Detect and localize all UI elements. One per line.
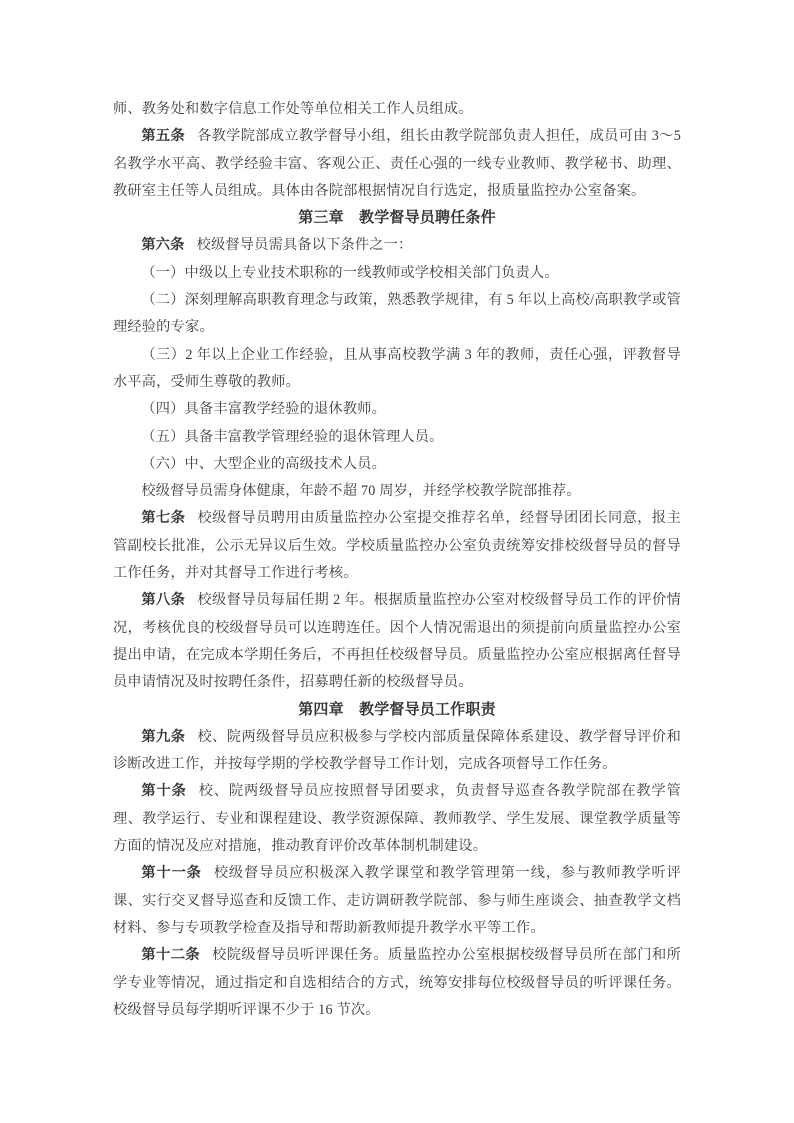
body-paragraph: （三）2 年以上企业工作经验，且从事高校教学满 3 年的教师，责任心强，评教督导…	[113, 342, 681, 397]
article-paragraph: 第六条校级督导员需具备以下条件之一：	[113, 232, 681, 259]
article-text: 校、院两级督导员应按照督导团要求，负责督导巡查各教学院部在教学管理、教学运行、专…	[113, 783, 681, 854]
body-paragraph: （一）中级以上专业技术职称的一线教师或学校相关部门负责人。	[113, 260, 681, 287]
article-number: 第十一条	[141, 865, 201, 881]
article-paragraph: 第五条各教学院部成立教学督导小组，组长由教学院部负责人担任，成员可由 3～5 名…	[113, 123, 681, 205]
article-number: 第七条	[141, 510, 185, 526]
body-paragraph: （二）深刻理解高职教育理念与政策，熟悉教学规律，有 5 年以上高校/高职教学或管…	[113, 287, 681, 342]
article-text: 校级督导员需具备以下条件之一：	[197, 237, 413, 253]
article-paragraph: 第七条校级督导员聘用由质量监控办公室提交推荐名单，经督导团团长同意，报主管副校长…	[113, 505, 681, 587]
article-number: 第六条	[141, 237, 184, 253]
article-number: 第九条	[141, 729, 185, 745]
article-text: 校、院两级督导员应积极参与学校内部质量保障体系建设、教学督导评价和诊断改进工作，…	[113, 729, 681, 772]
article-text: 各教学院部成立教学督导小组，组长由教学院部负责人担任，成员可由 3～5 名教学水…	[113, 128, 681, 199]
article-text: 校级督导员聘用由质量监控办公室提交推荐名单，经督导团团长同意，报主管副校长批准，…	[113, 510, 681, 581]
body-paragraph: （五）具备丰富教学管理经验的退休管理人员。	[113, 424, 681, 451]
document-body: 师、教务处和数字信息工作处等单位相关工作人员组成。第五条各教学院部成立教学督导小…	[113, 96, 681, 1024]
article-number: 第十条	[141, 783, 186, 799]
article-paragraph: 第十二条校院级督导员听评课任务。质量监控办公室根据校级督导员所在部门和所学专业等…	[113, 942, 681, 1024]
article-paragraph: 第八条校级督导员每届任期 2 年。根据质量监控办公室对校级督导员工作的评价情况，…	[113, 587, 681, 696]
body-paragraph: （六）中、大型企业的高级技术人员。	[113, 451, 681, 478]
article-number: 第八条	[141, 592, 185, 608]
body-paragraph: （四）具备丰富教学经验的退休教师。	[113, 396, 681, 423]
article-number: 第十二条	[141, 947, 200, 963]
chapter-heading: 第三章 教学督导员聘任条件	[113, 205, 681, 232]
body-paragraph: 校级督导员需身体健康，年龄不超 70 周岁，并经学校教学院部推荐。	[113, 478, 681, 505]
body-paragraph: 师、教务处和数字信息工作处等单位相关工作人员组成。	[113, 96, 681, 123]
article-paragraph: 第九条校、院两级督导员应积极参与学校内部质量保障体系建设、教学督导评价和诊断改进…	[113, 724, 681, 779]
chapter-heading: 第四章 教学督导员工作职责	[113, 697, 681, 724]
article-paragraph: 第十一条校级督导员应积极深入教学课堂和教学管理第一线，参与教师教学听评课、实行交…	[113, 860, 681, 942]
article-paragraph: 第十条校、院两级督导员应按照督导团要求，负责督导巡查各教学院部在教学管理、教学运…	[113, 778, 681, 860]
document-page: 师、教务处和数字信息工作处等单位相关工作人员组成。第五条各教学院部成立教学督导小…	[0, 0, 794, 1123]
article-text: 校级督导员每届任期 2 年。根据质量监控办公室对校级督导员工作的评价情况，考核优…	[113, 592, 681, 690]
article-number: 第五条	[141, 128, 185, 144]
